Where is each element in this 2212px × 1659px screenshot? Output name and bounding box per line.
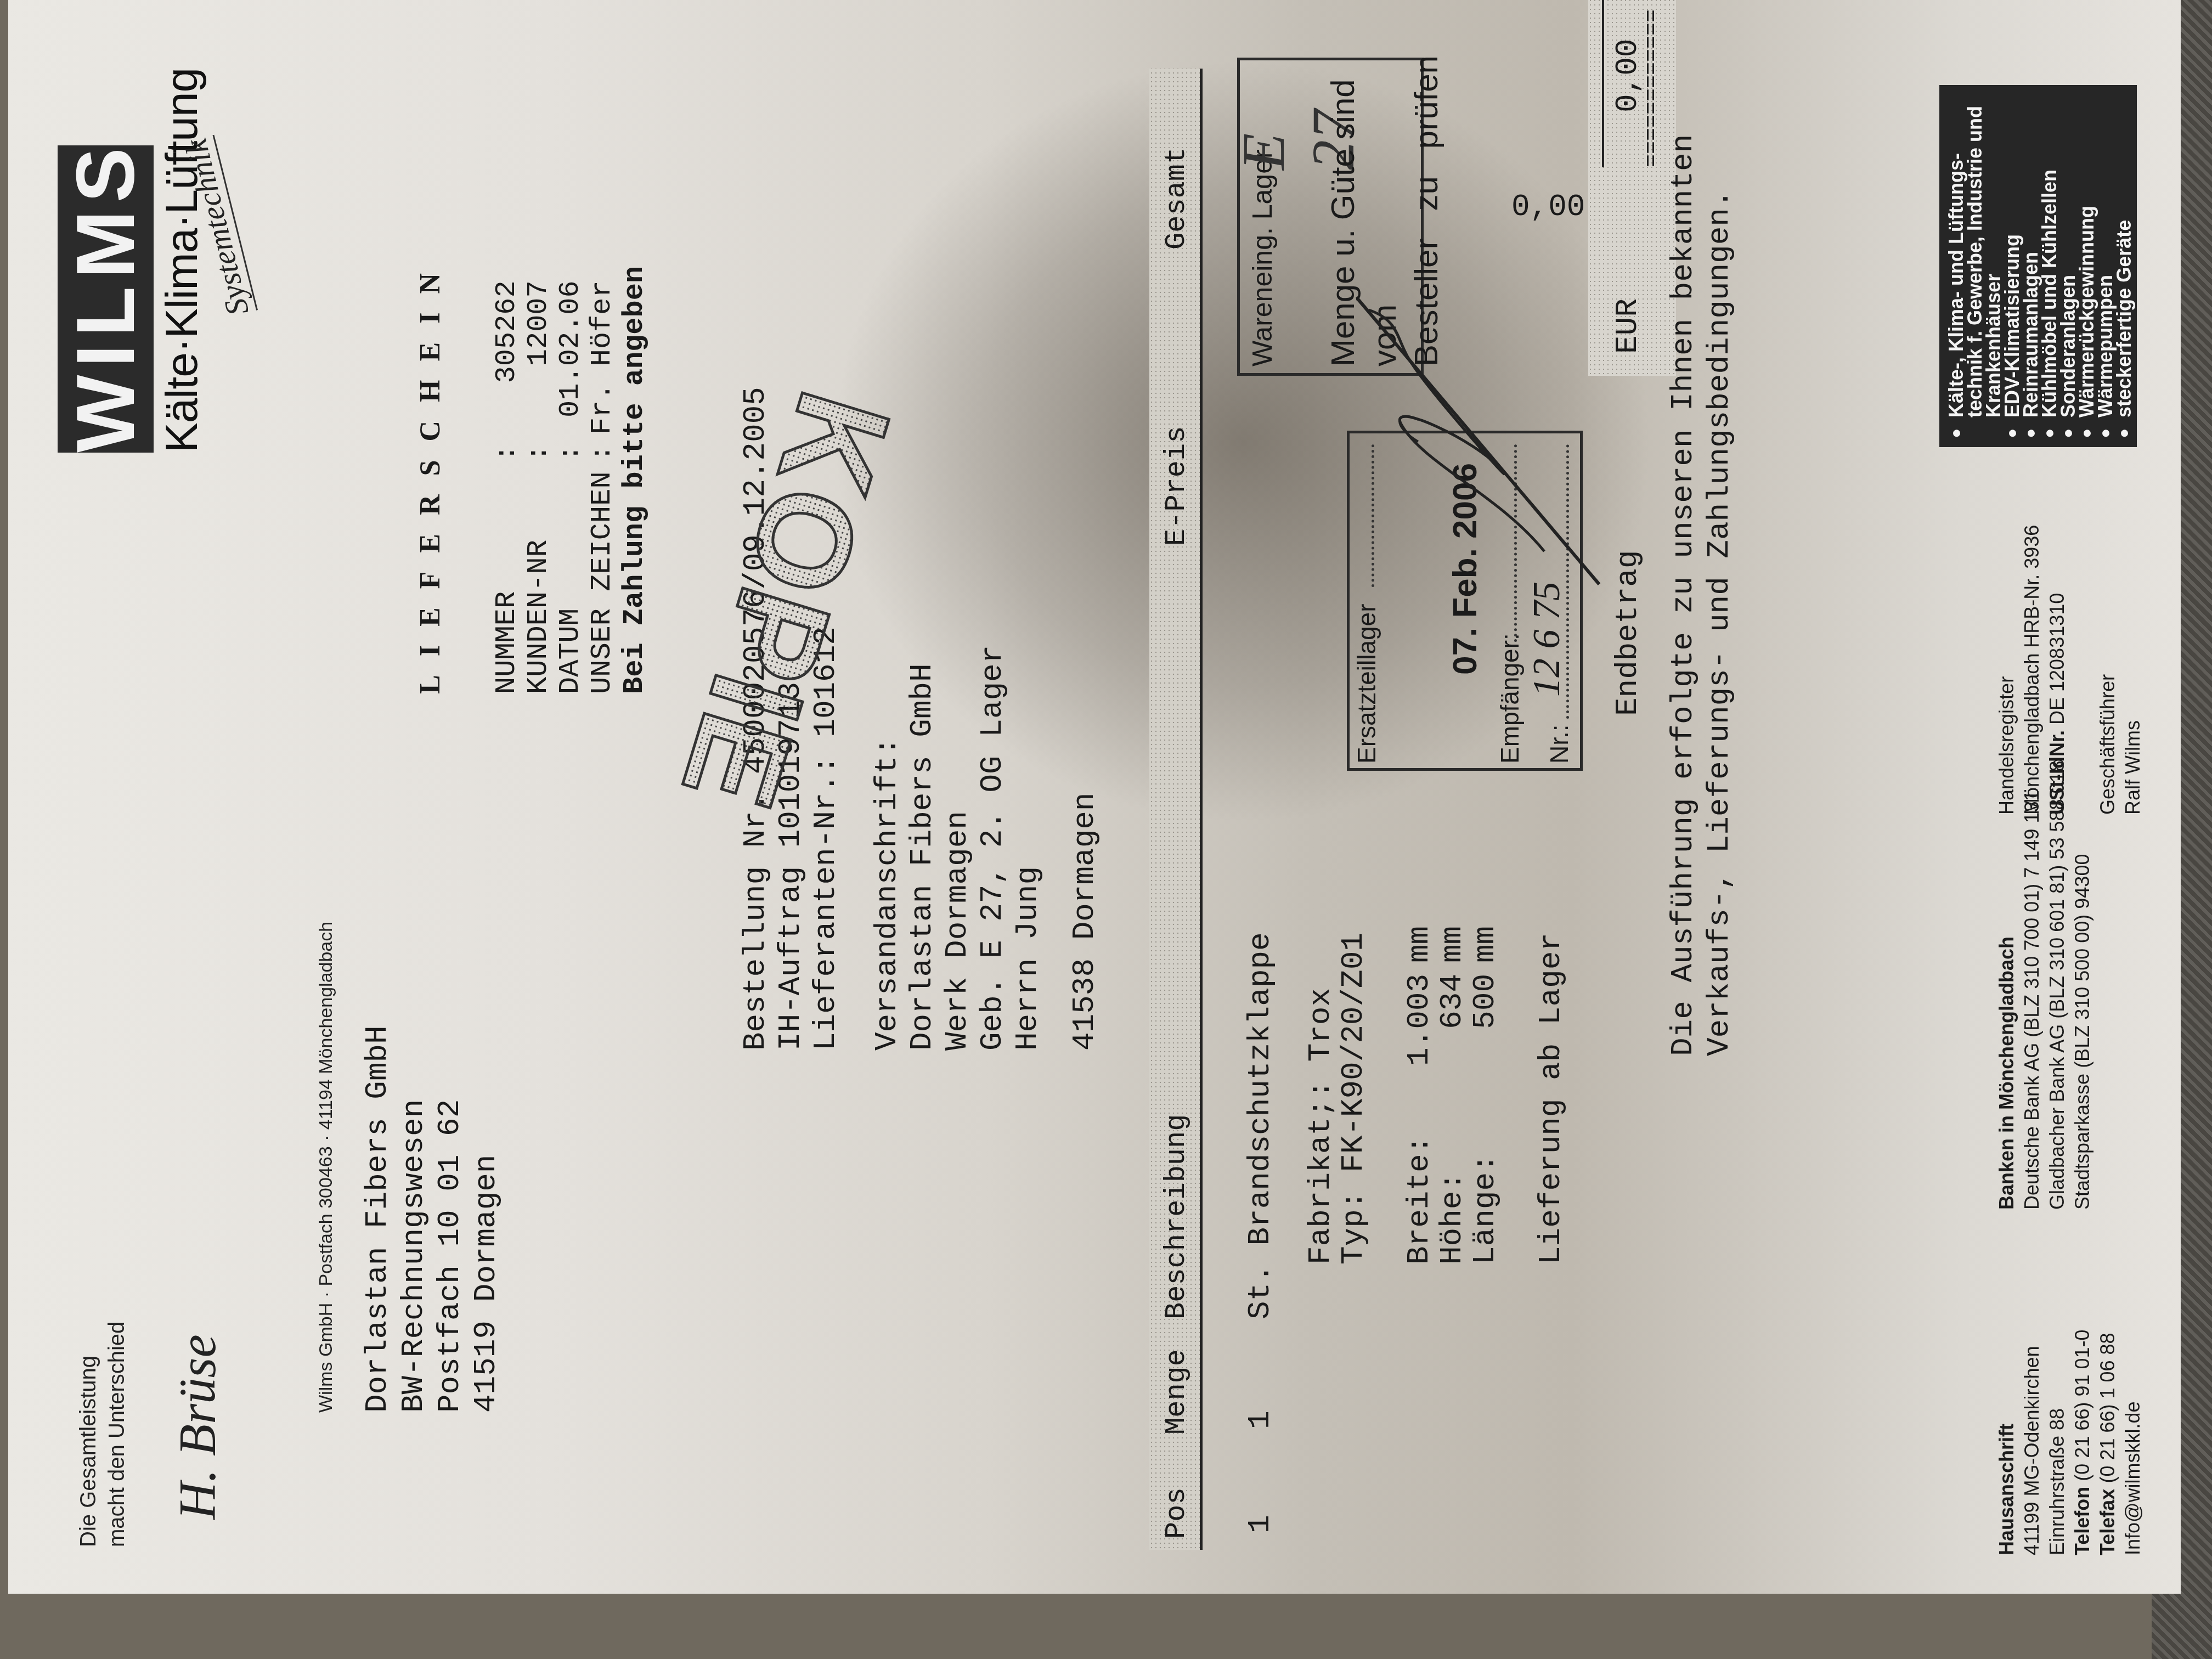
meta-label: DATUM [555,471,586,694]
shipping-line: Dorlastan Fibers GmbH [905,645,940,1051]
footer-address: Hausanschrift 41199 MG-Odenkirchen Einru… [1994,1329,2146,1555]
item-delivery: Lieferung ab Lager [1533,933,1568,1265]
document-meta: NUMMER:305262 KUNDEN-NR:12007 DATUM:01.0… [491,280,618,694]
meta-label: KUNDEN-NR [523,471,555,694]
service-item: Wärmepumpen [2096,94,2115,438]
company-logo: WILMS [58,145,154,453]
bank-line: Deutsche Bank AG (BLZ 310 700 01) 7 149 … [2019,760,2045,1210]
dim-label: Breite: [1402,1136,1437,1265]
meta-row: NUMMER:305262 [491,280,523,694]
meta-separator: : [491,435,523,471]
table-header [1149,69,1203,1550]
payment-note: Bei Zahlung bitte angeben [618,266,651,694]
slogan-line-2: macht den Unterschied [103,1322,131,1547]
recipient-line: Dorlastan Fibers GmbH [359,1025,396,1413]
handwritten-note: H. Brüse [167,1334,228,1520]
header-unit-price: E-Preis [1160,426,1193,546]
dim-unit: mm [1468,926,1503,963]
bank-line: Gladbacher Bank AG (BLZ 310 601 81) 53 5… [2045,760,2070,1210]
meta-value: 01.02.06 [555,280,586,435]
dim-unit: mm [1402,926,1437,963]
recipient-line: 41519 Dormagen [468,1025,504,1413]
shipping-city: 41538 Dormagen [1067,793,1102,1051]
item-manufacturer: Fabrikat;: Trox [1303,988,1338,1265]
phone-label: Telefon [2071,1487,2093,1555]
header-total: Gesamt [1160,147,1193,250]
stamp-label: Empfänger: [1495,633,1525,764]
service-item: Sonderanlagen [2059,94,2078,438]
service-item: EDV-Klimatisierung [2003,94,2022,438]
total-rule [1602,0,1604,167]
signature [1336,277,1621,606]
meta-separator: : [555,435,586,471]
header-quantity: Menge [1160,1349,1193,1435]
sender-line: Wilms GmbH · Postfach 300463 · 41194 Mön… [315,922,337,1413]
dim-label: Länge: [1468,1154,1503,1265]
total-currency: EUR [1610,298,1645,354]
dim-value: 500 [1468,974,1503,1138]
services-box: Kälte-, Klima- und Lüftungs- technik f. … [1939,85,2137,447]
item-type: Typ: FK-K90/20/Z01 [1336,933,1371,1265]
meta-value: Fr. Höfer [586,280,618,435]
vat-number: DE 120831310 [2046,593,2068,725]
dim-unit: mm [1435,926,1470,963]
recipient-address: Dorlastan Fibers GmbH BW-Rechnungswesen … [359,1025,504,1413]
terms: Die Ausführung erfolgte zu unseren Ihnen… [1665,134,1737,1056]
stamp-line: Wareneing. Lager [1246,149,1278,366]
delivery-note-paper: Die Gesamtleistung macht den Unterschied… [8,0,2181,1594]
shipping-address: Versandanschrift: Dorlastan Fibers GmbH … [870,645,1045,1051]
service-item: Wärmerückgewinnung [2078,94,2096,438]
total-double-rule: ============ [1640,9,1665,167]
address-line: 41199 MG-Odenkirchen [2019,1329,2045,1555]
dim-value: 634 [1435,974,1470,1138]
register-line: Mönchengladbach HRB-Nr. 3936 [2019,525,2045,815]
address-line: Einruhrstraße 88 [2045,1329,2070,1555]
header-pos: Pos [1160,1487,1193,1539]
footer-register: Handelsregister Mönchengladbach HRB-Nr. … [1994,525,2146,815]
meta-row: KUNDEN-NR:12007 [523,280,555,694]
vat-label: USt-IdNr. [2046,730,2068,815]
dim-value: 1.003 [1402,974,1437,1138]
item-pos: 1 [1243,1515,1278,1533]
terms-line: Verkaufs-, Lieferungs- und Zahlungsbedin… [1701,134,1737,1056]
footer-banks: Banken in Mönchengladbach Deutsche Bank … [1994,760,2095,1210]
shipping-line: Herrn Jung [1010,645,1045,1051]
services-list: Kälte-, Klima- und Lüftungs- technik f. … [1947,94,2134,438]
meta-row: UNSER ZEICHEN:Fr. Höfer [586,280,618,694]
slogan: Die Gesamtleistung macht den Unterschied [74,1322,131,1547]
shipping-line: Werk Dormagen [940,645,975,1051]
dim-label: Höhe: [1435,1172,1470,1265]
manager-name: Ralf Wilms [2120,525,2146,815]
service-item: steckerfertige Geräte [2115,94,2134,438]
service-item: Kühlmöbel und Kühlzellen [2040,94,2059,438]
meta-separator: : [523,435,555,471]
header-description: Beschreibung [1160,1114,1193,1319]
document-title: LIEFERSCHEIN [414,255,447,694]
meta-value: 305262 [491,280,523,435]
meta-row: DATUM:01.02.06 [555,280,586,694]
total-label: Endbetrag [1610,550,1645,716]
recipient-line: BW-Rechnungswesen [396,1025,432,1413]
item-quantity: 1 [1243,1410,1278,1429]
company-tagline: Kälte·Klima·Lüftung [156,68,208,453]
manager-label: Geschäftsführer [2095,525,2120,815]
recipient-line: Postfach 10 01 62 [432,1025,468,1413]
meta-label: UNSER ZEICHEN [586,471,618,694]
paper-surface: Die Gesamtleistung macht den Unterschied… [8,0,2181,1594]
email: Info@wilmskkl.de [2120,1329,2146,1555]
meta-label: NUMMER [491,471,523,694]
fax-number: (0 21 66) 1 06 88 [2096,1333,2119,1483]
shipping-heading: Versandanschrift: [870,645,905,1051]
stamp-label: Nr.: [1544,724,1574,764]
address-heading: Hausanschrift [1995,1424,2018,1555]
phone-number: (0 21 66) 91 01-0 [2071,1329,2093,1481]
service-item: Reinraumanlagen [2022,94,2040,438]
shipping-line: Geb. E 27, 2. OG Lager [975,645,1010,1051]
item-description: St. Brandschutzklappe [1243,932,1278,1319]
meta-separator: : [586,435,618,471]
terms-line: Die Ausführung erfolgte zu unseren Ihnen… [1665,134,1701,1056]
fax-label: Telefax [2096,1489,2119,1555]
stamp-label: Ersatzteillager [1352,604,1381,764]
item-total: 0,00 [1511,189,1585,224]
banks-heading: Banken in Mönchengladbach [1995,936,2018,1210]
slogan-line-1: Die Gesamtleistung [74,1322,103,1547]
service-item: Kälte-, Klima- und Lüftungs- technik f. … [1947,94,2003,438]
meta-value: 12007 [523,280,555,435]
register-heading: Handelsregister [1994,525,2019,815]
bank-line: Stadtsparkasse (BLZ 310 500 00) 94300 [2070,760,2095,1210]
